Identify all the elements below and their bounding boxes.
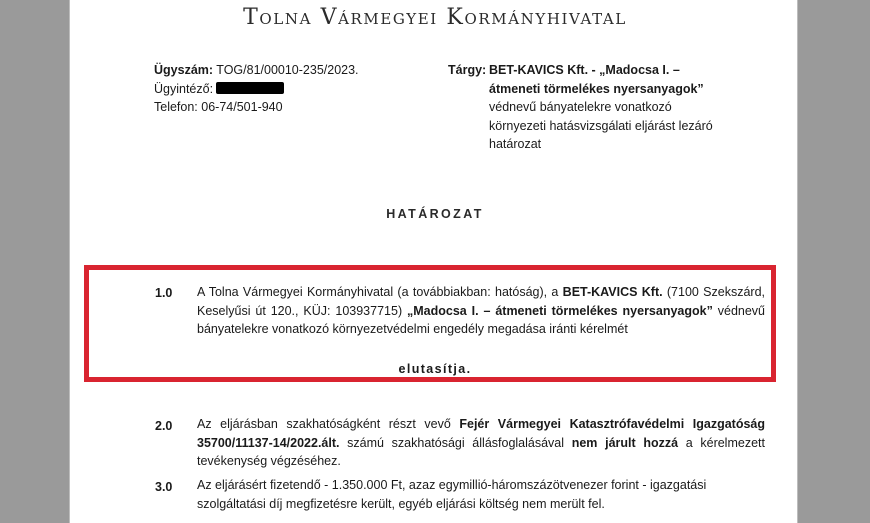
subject-text: BET-KAVICS Kft. - „Madocsa I. – átmeneti… bbox=[489, 61, 759, 154]
section-number: 3.0 bbox=[155, 480, 172, 494]
subject-label: Tárgy: bbox=[448, 61, 486, 80]
decision-heading: HATÁROZAT bbox=[0, 207, 870, 221]
redacted-officer-name bbox=[216, 82, 284, 94]
officer-row: Ügyintéző: bbox=[154, 80, 359, 99]
subject-line-3: védnevű bányatelekre vonatkozó bbox=[489, 98, 759, 117]
officer-label: Ügyintéző: bbox=[154, 82, 213, 96]
section-number: 1.0 bbox=[155, 286, 172, 300]
case-meta: Ügyszám: TOG/81/00010-235/2023. Ügyintéz… bbox=[154, 61, 359, 117]
section-1-text: A Tolna Vármegyei Kormányhivatal (a tová… bbox=[197, 283, 765, 339]
section-3-text: Az eljárásért fizetendő - 1.350.000 Ft, … bbox=[197, 476, 765, 513]
phone-label: Telefon: bbox=[154, 100, 198, 114]
phone-row: Telefon: 06-74/501-940 bbox=[154, 98, 359, 117]
subject-bold-line-1: BET-KAVICS Kft. - „Madocsa I. – bbox=[489, 63, 680, 77]
section-number: 2.0 bbox=[155, 419, 172, 433]
case-number-label: Ügyszám: bbox=[154, 63, 213, 77]
case-number-row: Ügyszám: TOG/81/00010-235/2023. bbox=[154, 61, 359, 80]
phone-value: 06-74/501-940 bbox=[201, 100, 282, 114]
case-number-value: TOG/81/00010-235/2023. bbox=[216, 63, 358, 77]
subject-line-4: környezeti hatásvizsgálati eljárást lezá… bbox=[489, 117, 759, 136]
subject-line-5: határozat bbox=[489, 135, 759, 154]
section-2-text: Az eljárásban szakhatóságként részt vevő… bbox=[197, 415, 765, 471]
subject-bold-line-2: átmeneti törmelékes nyersanyagok” bbox=[489, 82, 704, 96]
document-title: Tolna Vármegyei Kormányhivatal bbox=[0, 5, 870, 30]
decision-text: elutasítja. bbox=[0, 362, 870, 376]
